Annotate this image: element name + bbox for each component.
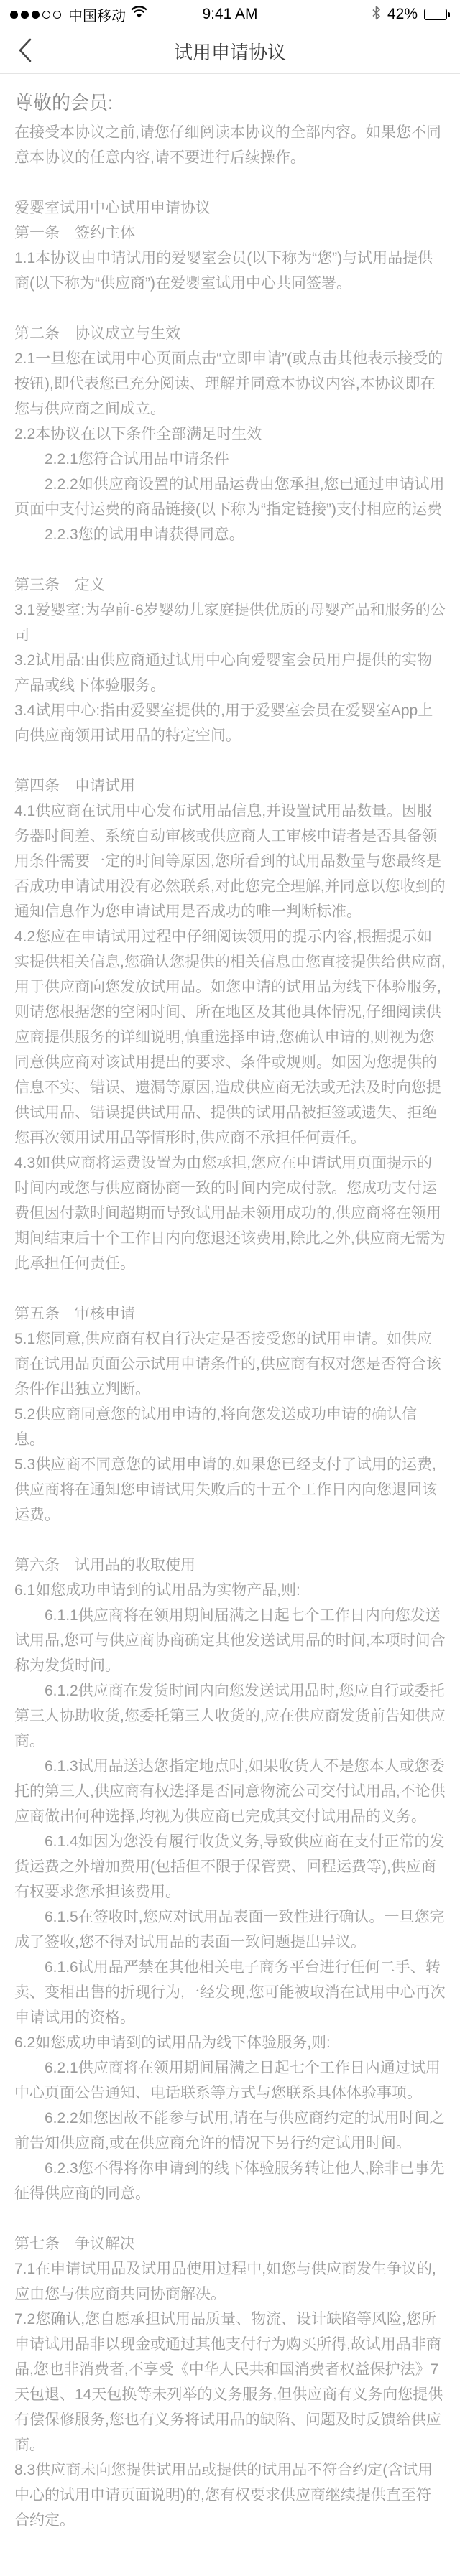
agreement-sections: 第一条 签约主体1.1本协议由申请试用的爱婴室会员(以下称为“您”)与试用品提供…: [14, 220, 446, 2533]
agreement-paragraph: 2.2.2如供应商设置的试用品运费由您承担,您已通过申请试用页面中支付运费的商品…: [14, 472, 446, 522]
back-chevron-icon: [17, 37, 32, 65]
agreement-salutation: 尊敬的会员:: [14, 87, 446, 118]
agreement-paragraph: 6.1.1供应商将在领用期间届满之日起七个工作日内向您发送试用品,您可与供应商协…: [14, 1603, 446, 1678]
section-heading: 第五条 审核申请: [14, 1301, 446, 1326]
agreement-section: 第六条 试用品的收取使用6.1如您成功申请到的试用品为实物产品,则:6.1.1供…: [14, 1553, 446, 2206]
section-heading: 第二条 协议成立与生效: [14, 321, 446, 346]
agreement-paragraph: 3.4试用中心:指由爱婴室提供的,用于爱婴室会员在爱婴室App上向供应商领用试用…: [14, 698, 446, 748]
agreement-paragraph: 7.2您确认,您自愿承担试用品质量、物流、设计缺陷等风险,您所申请试用品非以现金…: [14, 2307, 446, 2458]
section-heading: 第六条 试用品的收取使用: [14, 1553, 446, 1578]
agreement-paragraph: 2.2本协议在以下条件全部满足时生效: [14, 422, 446, 447]
bluetooth-icon: [372, 6, 381, 24]
agreement-paragraph: 6.2如您成功申请到的试用品为线下体验服务,则:: [14, 2030, 446, 2055]
signal-dot: [32, 11, 40, 19]
agreement-paragraph: 2.2.3您的试用申请获得同意。: [14, 522, 446, 547]
signal-dot: [10, 11, 18, 19]
agreement-paragraph: 5.1您同意,供应商有权自行决定是否接受您的试用申请。如供应商在试用品页面公示试…: [14, 1326, 446, 1402]
signal-dot: [21, 11, 29, 19]
agreement-paragraph: 5.3供应商不同意您的试用申请的,如果您已经支付了试用的运费,供应商将在通知您申…: [14, 1452, 446, 1528]
signal-dot: [42, 11, 50, 19]
agreement-section: 第一条 签约主体1.1本协议由申请试用的爱婴室会员(以下称为“您”)与试用品提供…: [14, 220, 446, 296]
agreement-paragraph: 6.2.3您不得将你申请到的线下体验服务转让他人,除非已事先征得供应商的同意。: [14, 2156, 446, 2206]
section-heading: 第一条 签约主体: [14, 220, 446, 246]
agreement-section: 第三条 定义3.1爱婴室:为孕前-6岁婴幼儿家庭提供优质的母婴产品和服务的公司3…: [14, 572, 446, 748]
agreement-paragraph: 6.1.2供应商在发货时间内向您发送试用品时,您应自行或委托第三人协助收货,您委…: [14, 1678, 446, 1754]
carrier-label: 中国移动: [68, 4, 126, 25]
page-title: 试用申请协议: [174, 38, 286, 65]
agreement-paragraph: 2.2.1您符合试用品申请条件: [14, 447, 446, 472]
agreement-paragraph: 6.1.4如因为您没有履行收货义务,导致供应商在支付正常的发货运费之外增加费用(…: [14, 1829, 446, 1905]
nav-bar: 试用申请协议: [0, 29, 460, 74]
wifi-icon: [131, 6, 147, 22]
signal-strength-icon: [10, 11, 61, 19]
status-bar: 中国移动 9:41 AM 42%: [0, 0, 460, 29]
battery-percent-label: 42%: [387, 6, 418, 23]
agreement-section: 第二条 协议成立与生效2.1一旦您在试用中心页面点击“立即申请”(或点击其他表示…: [14, 321, 446, 547]
agreement-paragraph: 3.2试用品:由供应商通过试用中心向爱婴室会员用户提供的实物产品或线下体验服务。: [14, 648, 446, 698]
agreement-doc-title: 爱婴室试用中心试用申请协议: [14, 195, 446, 220]
agreement-paragraph: 1.1本协议由申请试用的爱婴室会员(以下称为“您”)与试用品提供商(以下称为“供…: [14, 246, 446, 296]
agreement-paragraph: 6.2.2如您因故不能参与试用,请在与供应商约定的试用时间之前告知供应商,或在供…: [14, 2106, 446, 2156]
agreement-paragraph: 6.1.3试用品送达您指定地点时,如果收货人不是您本人或您委托的第三人,供应商有…: [14, 1754, 446, 1829]
agreement-section: 第七条 争议解决7.1在申请试用品及试用品使用过程中,如您与供应商发生争议的,应…: [14, 2231, 446, 2533]
status-bar-right: 42%: [372, 6, 450, 24]
agreement-paragraph: 3.1爱婴室:为孕前-6岁婴幼儿家庭提供优质的母婴产品和服务的公司: [14, 597, 446, 648]
agreement-paragraph: 7.1在申请试用品及试用品使用过程中,如您与供应商发生争议的,应由您与供应商共同…: [14, 2256, 446, 2307]
agreement-paragraph: 4.1供应商在试用中心发布试用品信息,并设置试用品数量。因服务器时间差、系统自动…: [14, 799, 446, 924]
agreement-paragraph: 4.2您应在申请试用过程中仔细阅读领用的提示内容,根据提示如实提供相关信息,您确…: [14, 924, 446, 1150]
agreement-paragraph: 2.1一旦您在试用中心页面点击“立即申请”(或点击其他表示接受的按钮),即代表您…: [14, 346, 446, 422]
agreement-intro: 在接受本协议之前,请您仔细阅读本协议的全部内容。如果您不同意本协议的任意内容,请…: [14, 120, 446, 170]
agreement-paragraph: 4.3如供应商将运费设置为由您承担,您应在申请试用页面提示的时间内或您与供应商协…: [14, 1150, 446, 1276]
status-bar-left: 中国移动: [10, 4, 147, 25]
agreement-section: 第五条 审核申请5.1您同意,供应商有权自行决定是否接受您的试用申请。如供应商在…: [14, 1301, 446, 1528]
agreement-section: 第四条 申请试用4.1供应商在试用中心发布试用品信息,并设置试用品数量。因服务器…: [14, 773, 446, 1276]
back-button[interactable]: [9, 29, 41, 73]
section-heading: 第七条 争议解决: [14, 2231, 446, 2256]
signal-dot: [53, 11, 61, 19]
section-heading: 第三条 定义: [14, 572, 446, 597]
agreement-paragraph: 5.2供应商同意您的试用申请的,将向您发送成功申请的确认信息。: [14, 1402, 446, 1452]
agreement-body: 尊敬的会员: 在接受本协议之前,请您仔细阅读本协议的全部内容。如果您不同意本协议…: [0, 74, 460, 2576]
agreement-paragraph: 6.1.5在签收时,您应对试用品表面一致性进行确认。一旦您完成了签收,您不得对试…: [14, 1905, 446, 1955]
battery-icon: [424, 9, 450, 20]
section-heading: 第四条 申请试用: [14, 773, 446, 799]
agreement-paragraph: 6.1如您成功申请到的试用品为实物产品,则:: [14, 1578, 446, 1603]
agreement-paragraph: 6.1.6试用品严禁在其他相关电子商务平台进行任何二手、转卖、变相出售的折现行为…: [14, 1955, 446, 2030]
agreement-paragraph: 6.2.1供应商将在领用期间届满之日起七个工作日内通过试用中心页面公告通知、电话…: [14, 2055, 446, 2106]
app-screen: 中国移动 9:41 AM 42%: [0, 0, 460, 2576]
agreement-paragraph: 8.3供应商未向您提供试用品或提供的试用品不符合约定(含试用中心的试用申请页面说…: [14, 2458, 446, 2533]
